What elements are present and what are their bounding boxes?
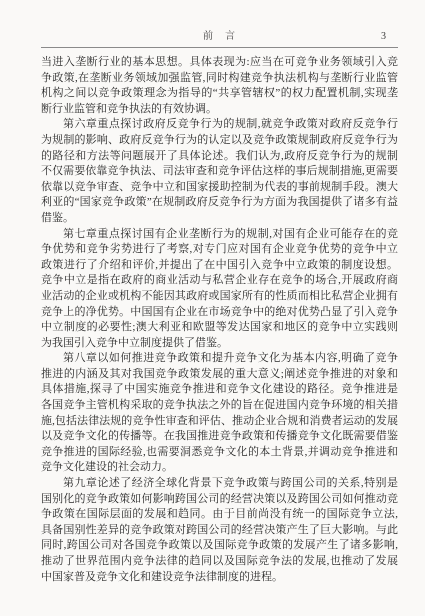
body-text-line: 业活动的企业或机构不能因其政府或国家所有的性质而相比私营企业拥有 (41, 289, 398, 305)
body-text-line: 具备国别性差异的竞争政策对跨国公司的经营决策产生了巨大影响。与此 (41, 523, 398, 539)
body-text-line: 借鉴。 (41, 211, 398, 227)
body-text-line: 的路径和方法等问题展开了具体论述。我们认为,政府反竞争行为的规制 (41, 149, 398, 165)
body-text-line: 以及竞争文化的传播等。在我国推进竞争政策和传播竞争文化既需要借鉴 (41, 429, 398, 445)
page-header-title: 前 言 (41, 29, 398, 45)
book-page: 前 言 3 当进入垄断行业的基本思想。具体表现为:应当在可竞争业务领域引入竞争政… (0, 0, 425, 616)
body-text-line: 依靠以竞争审查、竞争中立和国家援助控制为代表的事前规制手段。澳大 (41, 180, 398, 196)
body-text-line: 国别化的竞争政策如何影响跨国公司的经营决策以及跨国公司如何推动竞 (41, 492, 398, 508)
body-text-line: 具体措施,探寻了中国实施竞争推进和竞争文化建设的路径。竞争推进是 (41, 382, 398, 398)
body-text-line: 第七章重点探讨国有企业垄断行为的规制,对国有企业可能存在的竞 (41, 227, 398, 243)
body-text-line: 断行业监管和竞争执法的有效协调。 (41, 102, 398, 118)
body-text-line: 第六章重点探讨政府反竞争行为的规制,就竞争政策对政府反竞争行 (41, 117, 398, 133)
body-text-line: 同时,跨国公司对各国竞争政策以及国际竞争政策的发展产生了诸多影响, (41, 538, 398, 554)
body-text-line: 利亚的“国家竞争政策”在规制政府反竞争行为方面为我国提供了诸多有益 (41, 195, 398, 211)
running-header: 前 言 3 (41, 29, 398, 45)
body-text-line: 政策进行了介绍和评价,并提出了在中国引入竞争中立政策的制度设想。 (41, 258, 398, 274)
body-text-line: 竞争推进的国际经验,也需要洞悉竞争文化的本土背景,并调动竞争推进和 (41, 445, 398, 461)
body-text-line: 为我国引入竞争中立制度提供了借鉴。 (41, 336, 398, 352)
body-text-line: 不仅需要依靠竞争执法、司法审查和竞争评估这样的事后规制措施,更需要 (41, 164, 398, 180)
body-text-line: 施,包括法律法规的竞争性审查和评估、推动企业合规和消费者运动的发展 (41, 414, 398, 430)
body-text-line: 当进入垄断行业的基本思想。具体表现为:应当在可竞争业务领域引入竞 (41, 55, 398, 71)
header-rule (41, 47, 398, 48)
body-text-line: 竞争中立是指在政府的商业活动与私营企业存在竞争的场合,开展政府商 (41, 273, 398, 289)
body-text-line: 为规制的影响、政府反竞争行为的认定以及竞争政策规制政府反竞争行为 (41, 133, 398, 149)
body-text-line: 争政策在国际层面的发展和趋同。由于目前尚没有统一的国际竞争立法, (41, 507, 398, 523)
body-text-line: 各国竞争主管机构采取的竞争执法之外的旨在促进国内竞争环境的相关措 (41, 398, 398, 414)
body-text-line: 中立制度的必要性;澳大利亚和欧盟等发达国家和地区的竞争中立实践则 (41, 320, 398, 336)
body-text-line: 机构之间以竞争政策理念为指导的“共享管辖权”的权力配置机制,实现垄 (41, 86, 398, 102)
body-text-line: 竞争文化建设的社会动力。 (41, 460, 398, 476)
body-text-line: 争政策,在垄断业务领域加强监管,同时构建竞争执法机构与垄断行业监管 (41, 71, 398, 87)
body-text-line: 争优势和竞争劣势进行了考察,对专门应对国有企业竞争优势的竞争中立 (41, 242, 398, 258)
body-text: 当进入垄断行业的基本思想。具体表现为:应当在可竞争业务领域引入竞争政策,在垄断业… (41, 55, 398, 585)
body-text-line: 竞争上的净优势。中国国有企业在市场竞争中的绝对优势凸显了引入竞争 (41, 305, 398, 321)
body-text-line: 推进的内涵及其对我国竞争政策发展的重大意义;阐述竞争推进的对象和 (41, 367, 398, 383)
body-text-line: 第九章论述了经济全球化背景下竞争政策与跨国公司的关系,特别是 (41, 476, 398, 492)
body-text-line: 中国家普及竞争文化和建设竞争法律制度的进程。 (41, 570, 398, 586)
body-text-line: 第八章以如何推进竞争政策和提升竞争文化为基本内容,明确了竞争 (41, 351, 398, 367)
body-text-line: 推动了世界范围内竞争法律的趋同以及国际竞争法的发展,也推动了发展 (41, 554, 398, 570)
page-number: 3 (381, 29, 386, 45)
